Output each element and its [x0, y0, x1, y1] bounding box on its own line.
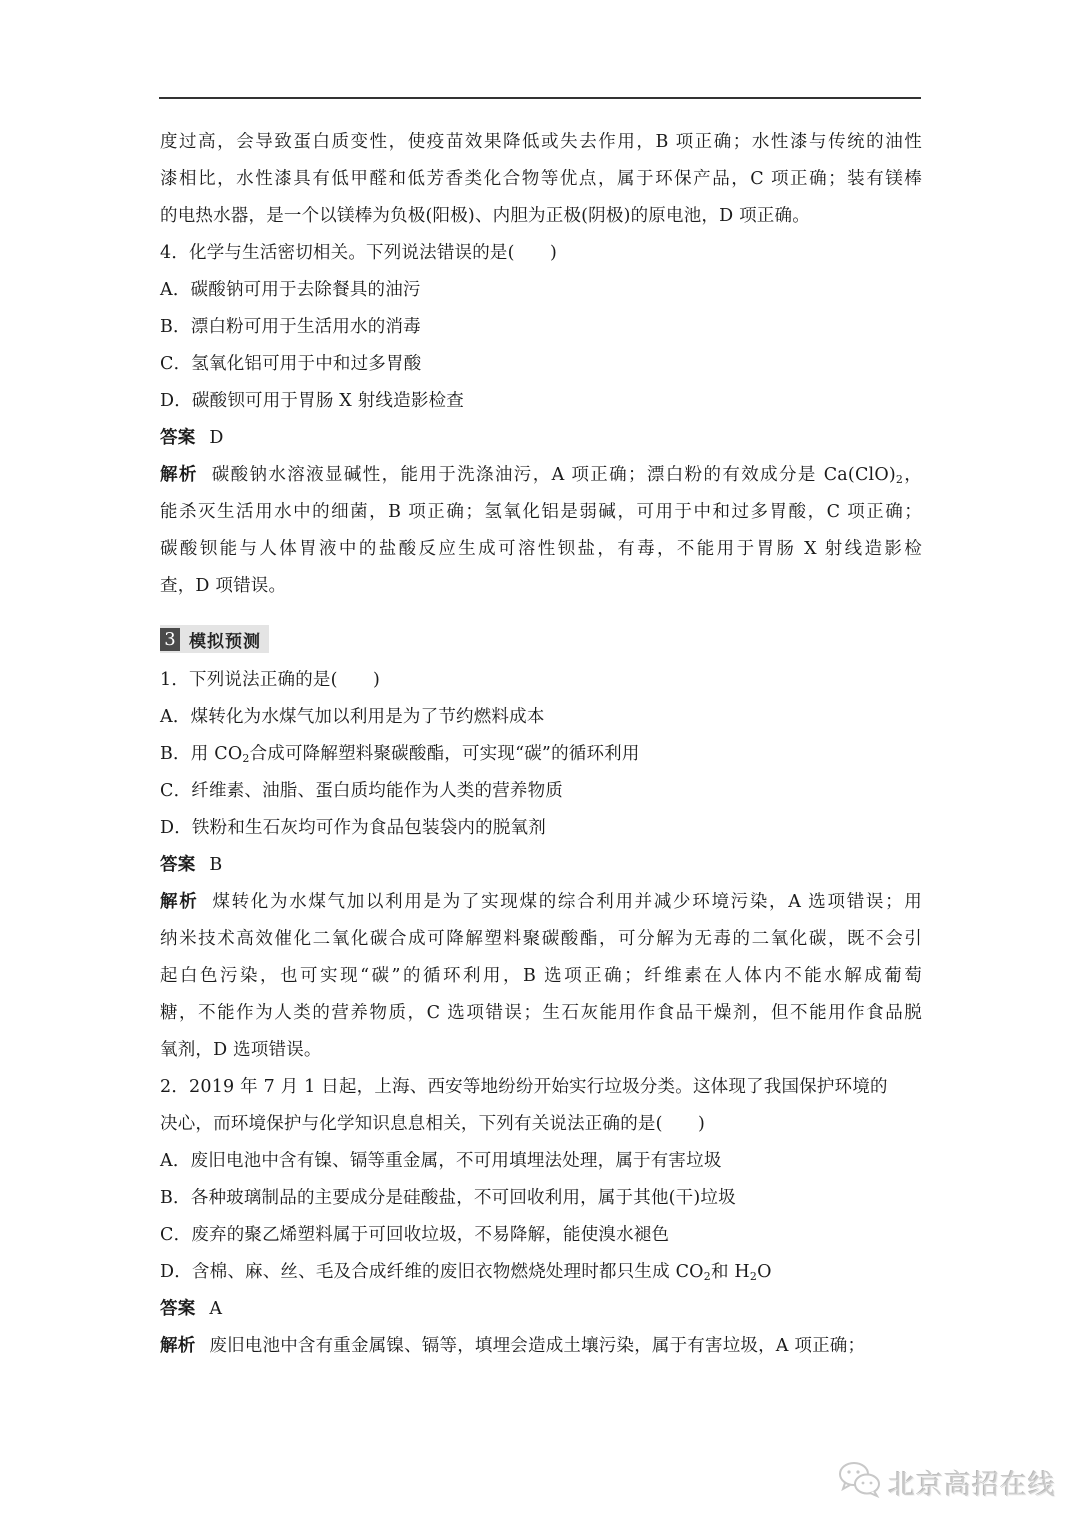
- analysis-line: 碳酸钡能与人体胃液中的盐酸反应生成可溶性钡盐，有毒，不能用于胃肠 X 射线造影检: [160, 531, 922, 568]
- answer-value: D: [209, 428, 223, 448]
- answer-value: B: [209, 855, 222, 875]
- option-c: C．纤维素、油脂、蛋白质均能作为人类的营养物质: [160, 773, 922, 810]
- wechat-icon: [838, 1460, 882, 1504]
- analysis-text: 碳酸钠水溶液显碱性，能用于洗涤油污，A 项正确；漂白粉的有效成分是 Ca(ClO…: [212, 465, 896, 485]
- analysis-text: ，: [903, 465, 922, 485]
- answer-label: 答案: [160, 428, 195, 448]
- analysis-text: 煤转化为水煤气加以利用是为了实现煤的综合利用并减少环境污染，A 选项错误；用: [212, 892, 922, 912]
- option-b: B．用 CO2合成可降解塑料聚碳酸酯，可实现“碳”的循环利用: [160, 736, 922, 773]
- option-b: B．各种玻璃制品的主要成分是硅酸盐，不可回收利用，属于其他(干)垃圾: [160, 1180, 922, 1217]
- mock-question-1: 1．下列说法正确的是( ) A．煤转化为水煤气加以利用是为了节约燃料成本 B．用…: [160, 662, 922, 1069]
- question-stem: 4．化学与生活密切相关。下列说法错误的是( ): [160, 235, 922, 272]
- option-a: A．碳酸钠可用于去除餐具的油污: [160, 272, 922, 309]
- answer: 答案A: [160, 1291, 922, 1328]
- question-stem: 1．下列说法正确的是( ): [160, 662, 922, 699]
- header-rule: [159, 97, 921, 99]
- subscript: 2: [750, 1270, 757, 1283]
- watermark: 北京高招在线: [838, 1460, 1056, 1504]
- option-d: D．含棉、麻、丝、毛及合成纤维的废旧衣物燃烧处理时都只生成 CO2和 H2O: [160, 1254, 922, 1291]
- subscript: 2: [704, 1270, 711, 1283]
- option-a: A．煤转化为水煤气加以利用是为了节约燃料成本: [160, 699, 922, 736]
- analysis-line: 查，D 项错误。: [160, 568, 922, 605]
- section-header: 3 模拟预测: [160, 625, 269, 653]
- answer-label: 答案: [160, 1299, 195, 1319]
- option-text: O: [757, 1262, 772, 1282]
- option-text: 合成可降解塑料聚碳酸酯，可实现“碳”的循环利用: [250, 744, 640, 764]
- analysis: 解析废旧电池中含有重金属镍、镉等，填埋会造成土壤污染，属于有害垃圾，A 项正确；: [160, 1328, 922, 1365]
- text-line: 漆相比，水性漆具有低甲醛和低芳香类化合物等优点，属于环保产品，C 项正确；装有镁…: [160, 161, 922, 198]
- analysis-text: 废旧电池中含有重金属镍、镉等，填埋会造成土壤污染，属于有害垃圾，A 项正确；: [209, 1336, 865, 1356]
- option-c: C．氢氧化铝可用于中和过多胃酸: [160, 346, 922, 383]
- option-c: C．废弃的聚乙烯塑料属于可回收垃圾，不易降解，能使溴水褪色: [160, 1217, 922, 1254]
- question-stem: 决心，而环境保护与化学知识息息相关，下列有关说法正确的是( ): [160, 1106, 922, 1143]
- option-text: 和 H: [711, 1262, 750, 1282]
- option-text: D．含棉、麻、丝、毛及合成纤维的废旧衣物燃烧处理时都只生成 CO: [160, 1262, 704, 1282]
- answer: 答案B: [160, 847, 922, 884]
- subscript: 2: [242, 752, 249, 765]
- analysis-line: 氧剂，D 选项错误。: [160, 1032, 922, 1069]
- analysis-line: 解析废旧电池中含有重金属镍、镉等，填埋会造成土壤污染，属于有害垃圾，A 项正确；: [160, 1328, 922, 1365]
- option-d: D．碳酸钡可用于胃肠 X 射线造影检查: [160, 383, 922, 420]
- watermark-text: 北京高招在线: [888, 1463, 1056, 1502]
- analysis-label: 解析: [160, 1336, 195, 1356]
- answer: 答案D: [160, 420, 922, 457]
- option-text: B．用 CO: [160, 744, 242, 764]
- analysis-line: 解析煤转化为水煤气加以利用是为了实现煤的综合利用并减少环境污染，A 选项错误；用: [160, 884, 922, 921]
- option-a: A．废旧电池中含有镍、镉等重金属，不可用填埋法处理，属于有害垃圾: [160, 1143, 922, 1180]
- section-number: 3: [160, 628, 180, 651]
- answer-value: A: [209, 1299, 222, 1319]
- question-stem: 2．2019 年 7 月 1 日起，上海、西安等地纷纷开始实行垃圾分类。这体现了…: [160, 1069, 922, 1106]
- text-line: 的电热水器，是一个以镁棒为负极(阳极)、内胆为正极(阴极)的原电池，D 项正确。: [160, 198, 922, 235]
- analysis-line: 纳米技术高效催化二氧化碳合成可降解塑料聚碳酸酯，可分解为无毒的二氧化碳，既不会引: [160, 921, 922, 958]
- analysis-label: 解析: [160, 465, 198, 485]
- analysis-label: 解析: [160, 892, 198, 912]
- document-body: 度过高，会导致蛋白质变性，使疫苗效果降低或失去作用，B 项正确；水性漆与传统的油…: [160, 124, 922, 1365]
- question-4: 4．化学与生活密切相关。下列说法错误的是( ) A．碳酸钠可用于去除餐具的油污 …: [160, 235, 922, 605]
- analysis-line: 解析碳酸钠水溶液显碱性，能用于洗涤油污，A 项正确；漂白粉的有效成分是 Ca(C…: [160, 457, 922, 494]
- option-d: D．铁粉和生石灰均可作为食品包装袋内的脱氧剂: [160, 810, 922, 847]
- section-title: 模拟预测: [189, 627, 261, 652]
- option-b: B．漂白粉可用于生活用水的消毒: [160, 309, 922, 346]
- analysis-line: 糖，不能作为人类的营养物质，C 选项错误；生石灰能用作食品干燥剂，但不能用作食品…: [160, 995, 922, 1032]
- analysis: 解析煤转化为水煤气加以利用是为了实现煤的综合利用并减少环境污染，A 选项错误；用…: [160, 884, 922, 1069]
- continued-analysis: 度过高，会导致蛋白质变性，使疫苗效果降低或失去作用，B 项正确；水性漆与传统的油…: [160, 124, 922, 235]
- answer-label: 答案: [160, 855, 195, 875]
- analysis: 解析碳酸钠水溶液显碱性，能用于洗涤油污，A 项正确；漂白粉的有效成分是 Ca(C…: [160, 457, 922, 605]
- text-line: 度过高，会导致蛋白质变性，使疫苗效果降低或失去作用，B 项正确；水性漆与传统的油…: [160, 124, 922, 161]
- analysis-line: 能杀灭生活用水中的细菌，B 项正确；氢氧化铝是弱碱，可用于中和过多胃酸，C 项正…: [160, 494, 922, 531]
- mock-question-2: 2．2019 年 7 月 1 日起，上海、西安等地纷纷开始实行垃圾分类。这体现了…: [160, 1069, 922, 1365]
- analysis-line: 起白色污染，也可实现“碳”的循环利用，B 选项正确；纤维素在人体内不能水解成葡萄: [160, 958, 922, 995]
